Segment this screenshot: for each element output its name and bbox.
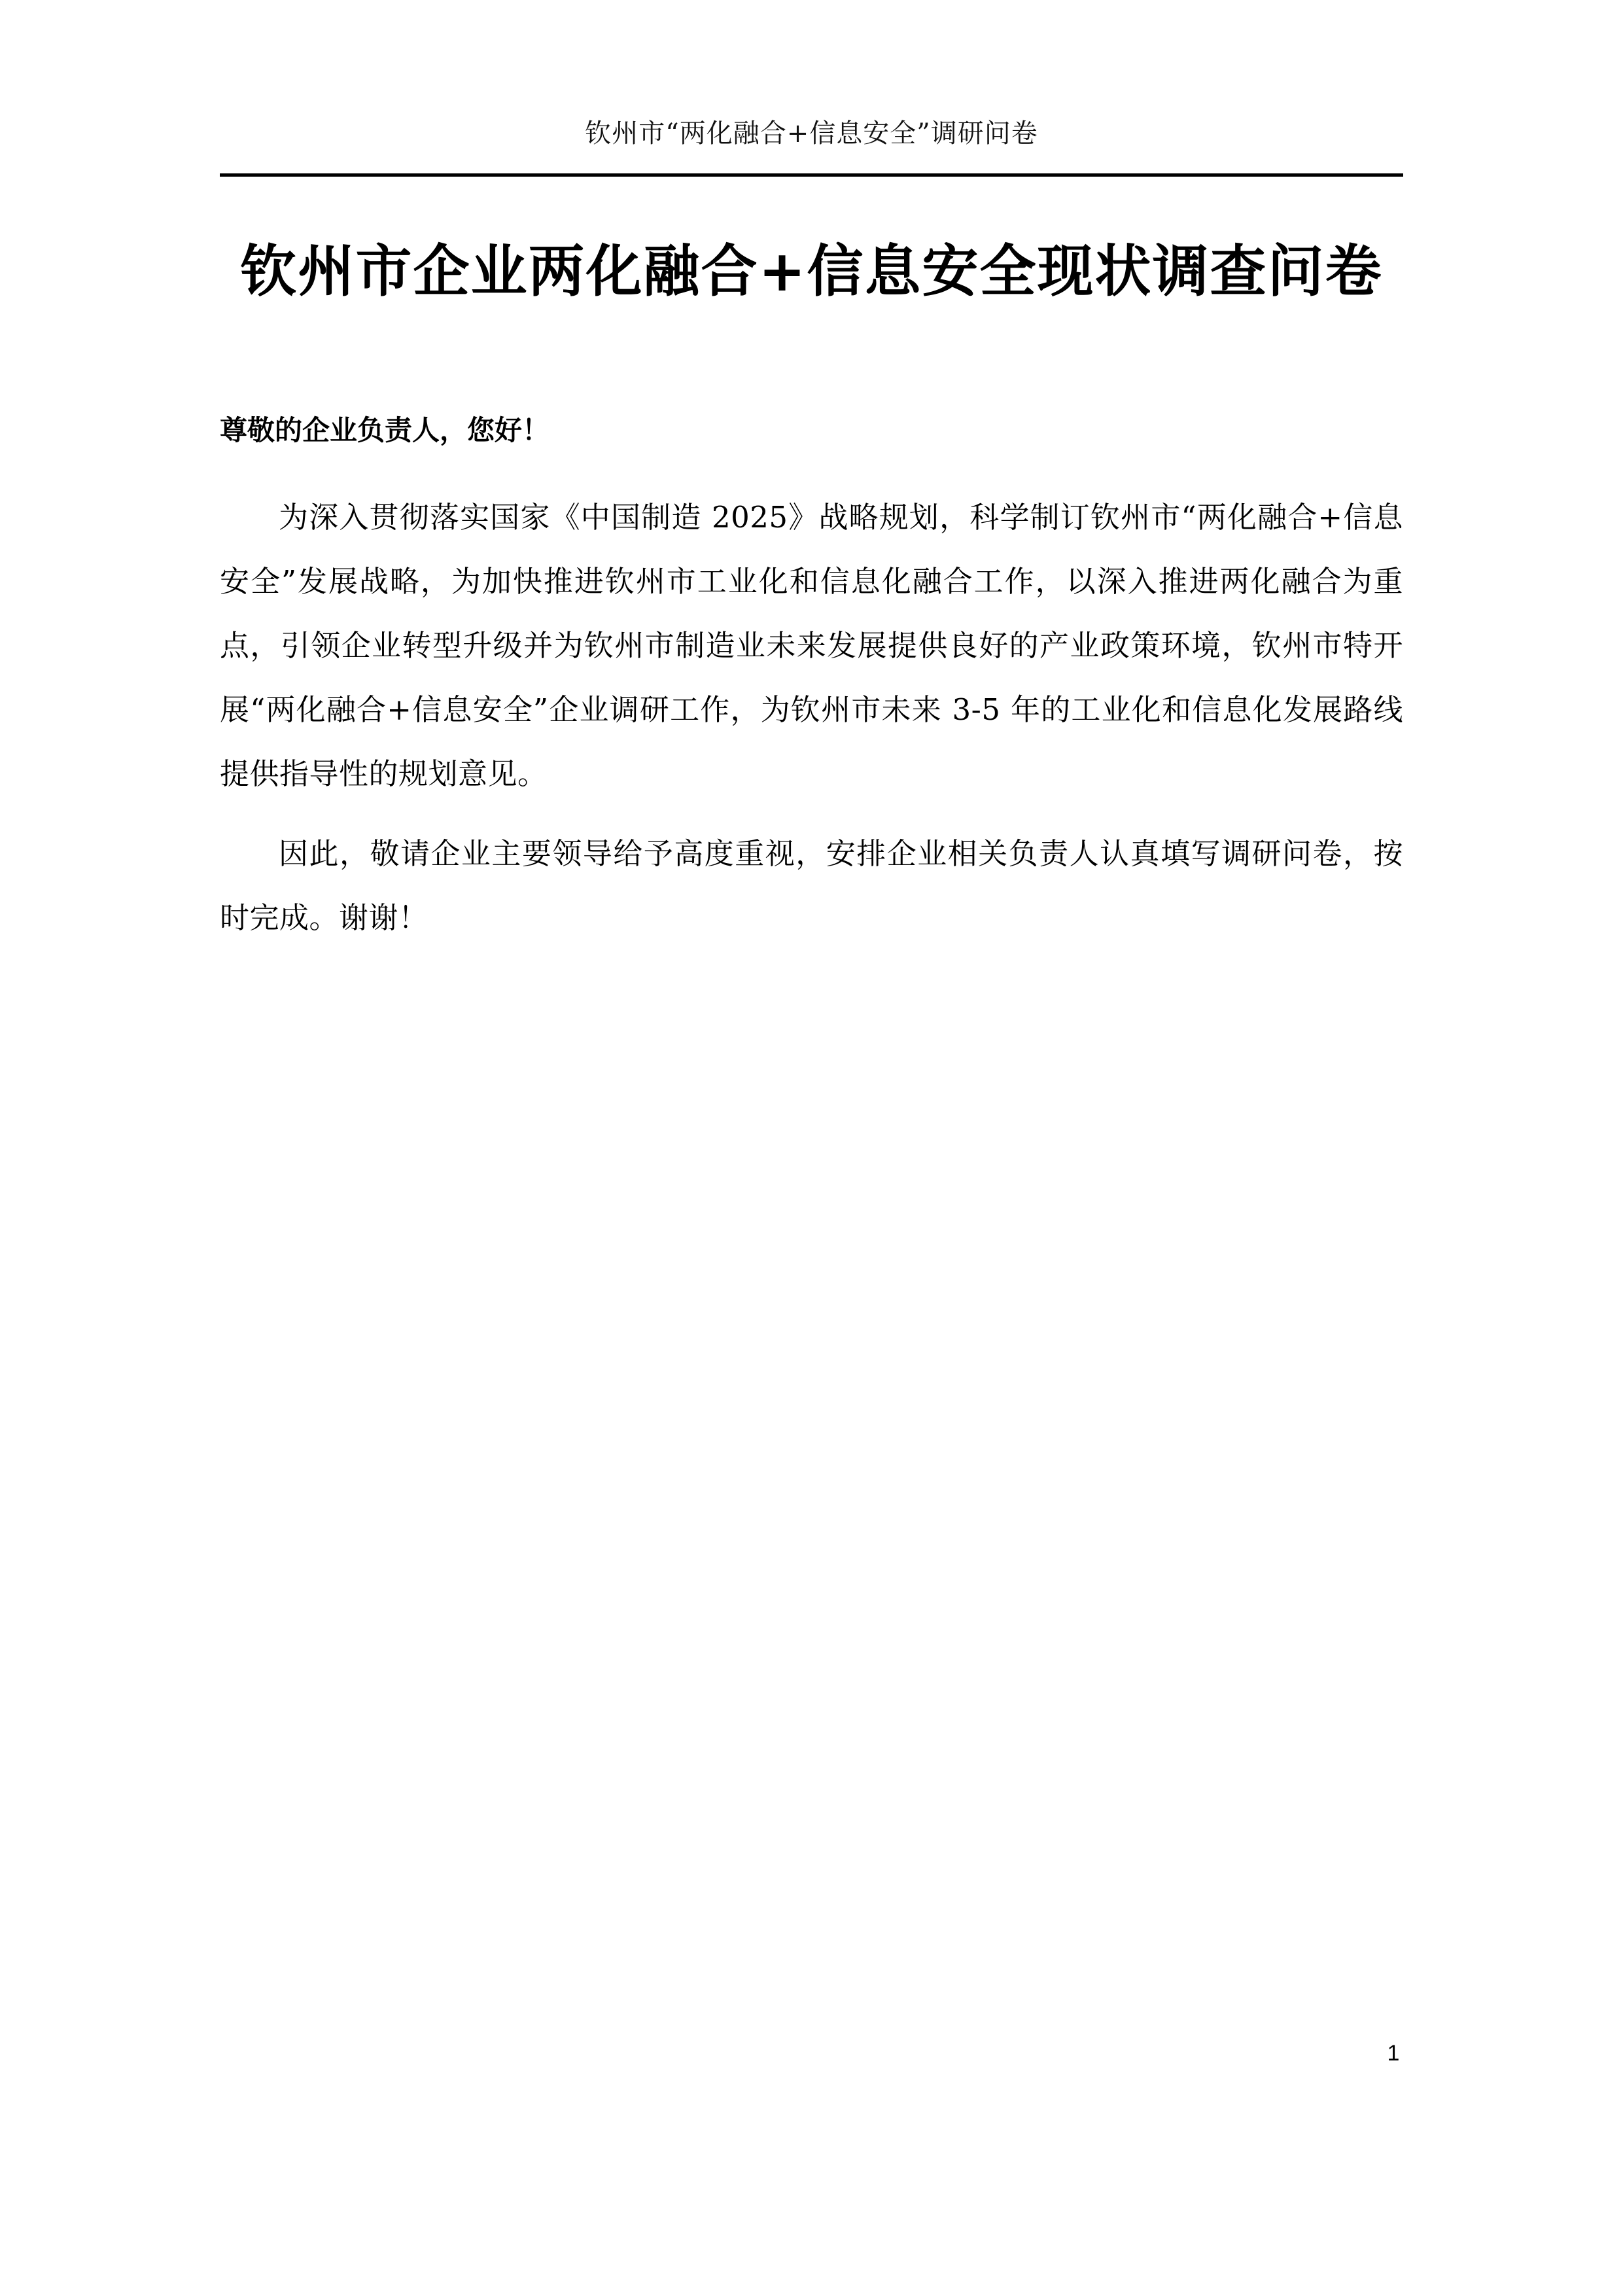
page-number: 1 bbox=[1380, 2040, 1406, 2066]
document-page: 钦州市“两化融合+信息安全”调研问卷 钦州市企业两化融合+信息安全现状调查问卷 … bbox=[0, 0, 1623, 2296]
body-paragraph-request: 因此，敬请企业主要领导给予高度重视，安排企业相关负责人认真填写调研问卷，按时完成… bbox=[220, 822, 1403, 950]
body-paragraph-intro: 为深入贯彻落实国家《中国制造 2025》战略规划，科学制订钦州市“两化融合+信息… bbox=[220, 486, 1403, 806]
header-divider bbox=[220, 173, 1403, 177]
document-title: 钦州市企业两化融合+信息安全现状调查问卷 bbox=[220, 236, 1403, 308]
running-header: 钦州市“两化融合+信息安全”调研问卷 bbox=[220, 115, 1403, 152]
salutation: 尊敬的企业负责人，您好！ bbox=[220, 411, 550, 450]
